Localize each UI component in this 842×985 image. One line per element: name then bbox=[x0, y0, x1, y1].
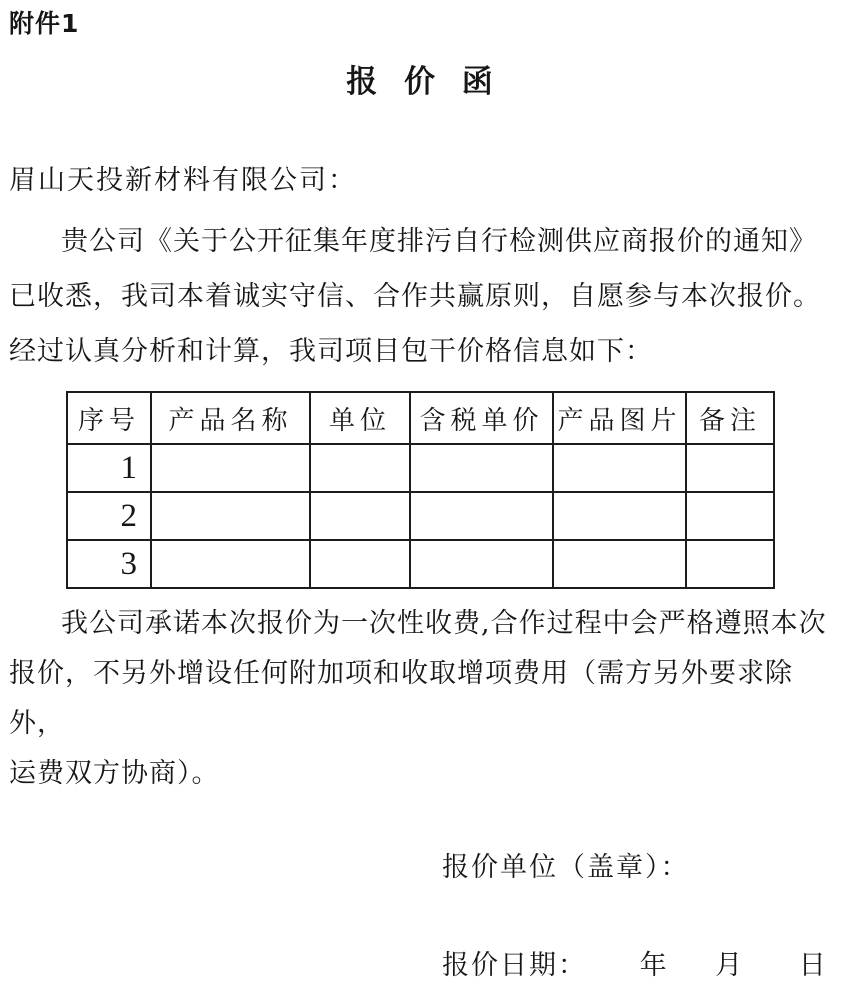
price-table-header-row: 序号 产品名称 单位 含税单价 产品图片 备注 bbox=[67, 392, 774, 444]
document-title: 报 价 函 bbox=[0, 64, 842, 100]
row-number: 1 bbox=[67, 444, 151, 492]
cell-remarks bbox=[686, 444, 774, 492]
paragraph-commitment-line-2: 报价，不另外增设任何附加项和收取增项费用（需方另外要求除外， bbox=[9, 649, 835, 749]
header-remarks: 备注 bbox=[686, 392, 774, 444]
row-number: 3 bbox=[67, 540, 151, 588]
cell-unit-price-with-tax bbox=[410, 492, 553, 540]
date-month-label: 月 bbox=[715, 949, 744, 983]
signature-date-label: 报价日期： bbox=[442, 950, 587, 981]
row-number: 2 bbox=[67, 492, 151, 540]
document-page: 附件1 报 价 函 眉山天投新材料有限公司： 贵公司《关于公开征集年度排污自行检… bbox=[0, 0, 842, 985]
header-seq: 序号 bbox=[67, 392, 151, 444]
cell-unit bbox=[310, 444, 410, 492]
table-row: 2 bbox=[67, 492, 774, 540]
signature-unit-line: 报价单位（盖章）： bbox=[442, 851, 842, 885]
signature-unit-label: 报价单位（盖章）： bbox=[442, 852, 690, 883]
cell-product-image bbox=[553, 492, 686, 540]
cell-product-name bbox=[151, 444, 310, 492]
cell-remarks bbox=[686, 540, 774, 588]
cell-product-name bbox=[151, 492, 310, 540]
date-day-label: 日 bbox=[799, 949, 828, 983]
salutation-line: 眉山天投新材料有限公司： bbox=[9, 164, 842, 198]
header-unit-price-with-tax: 含税单价 bbox=[410, 392, 553, 444]
header-product-name: 产品名称 bbox=[151, 392, 310, 444]
paragraph-intro-line-3: 经过认真分析和计算，我司项目包干价格信息如下： bbox=[9, 324, 835, 379]
cell-product-image bbox=[553, 540, 686, 588]
cell-remarks bbox=[686, 492, 774, 540]
cell-unit-price-with-tax bbox=[410, 540, 553, 588]
paragraph-commitment-line-3: 运费双方协商）。 bbox=[9, 749, 835, 799]
paragraph-commitment: 我公司承诺本次报价为一次性收费,合作过程中会严格遵照本次 报价，不另外增设任何附… bbox=[9, 599, 835, 799]
signature-date-line: 报价日期： 年 月 日 bbox=[442, 949, 842, 983]
date-year-label: 年 bbox=[640, 949, 669, 983]
price-table: 序号 产品名称 单位 含税单价 产品图片 备注 1 2 bbox=[66, 391, 775, 589]
cell-unit-price-with-tax bbox=[410, 444, 553, 492]
paragraph-commitment-line-1: 我公司承诺本次报价为一次性收费,合作过程中会严格遵照本次 bbox=[9, 599, 835, 649]
header-product-image: 产品图片 bbox=[553, 392, 686, 444]
cell-unit bbox=[310, 492, 410, 540]
cell-unit bbox=[310, 540, 410, 588]
attachment-label: 附件1 bbox=[9, 0, 842, 40]
cell-product-image bbox=[553, 444, 686, 492]
paragraph-intro: 贵公司《关于公开征集年度排污自行检测供应商报价的通知》 已收悉，我司本着诚实守信… bbox=[9, 214, 835, 379]
paragraph-intro-line-2: 已收悉，我司本着诚实守信、合作共赢原则，自愿参与本次报价。 bbox=[9, 269, 835, 324]
paragraph-intro-line-1: 贵公司《关于公开征集年度排污自行检测供应商报价的通知》 bbox=[9, 214, 835, 269]
table-row: 3 bbox=[67, 540, 774, 588]
table-row: 1 bbox=[67, 444, 774, 492]
header-unit: 单位 bbox=[310, 392, 410, 444]
cell-product-name bbox=[151, 540, 310, 588]
